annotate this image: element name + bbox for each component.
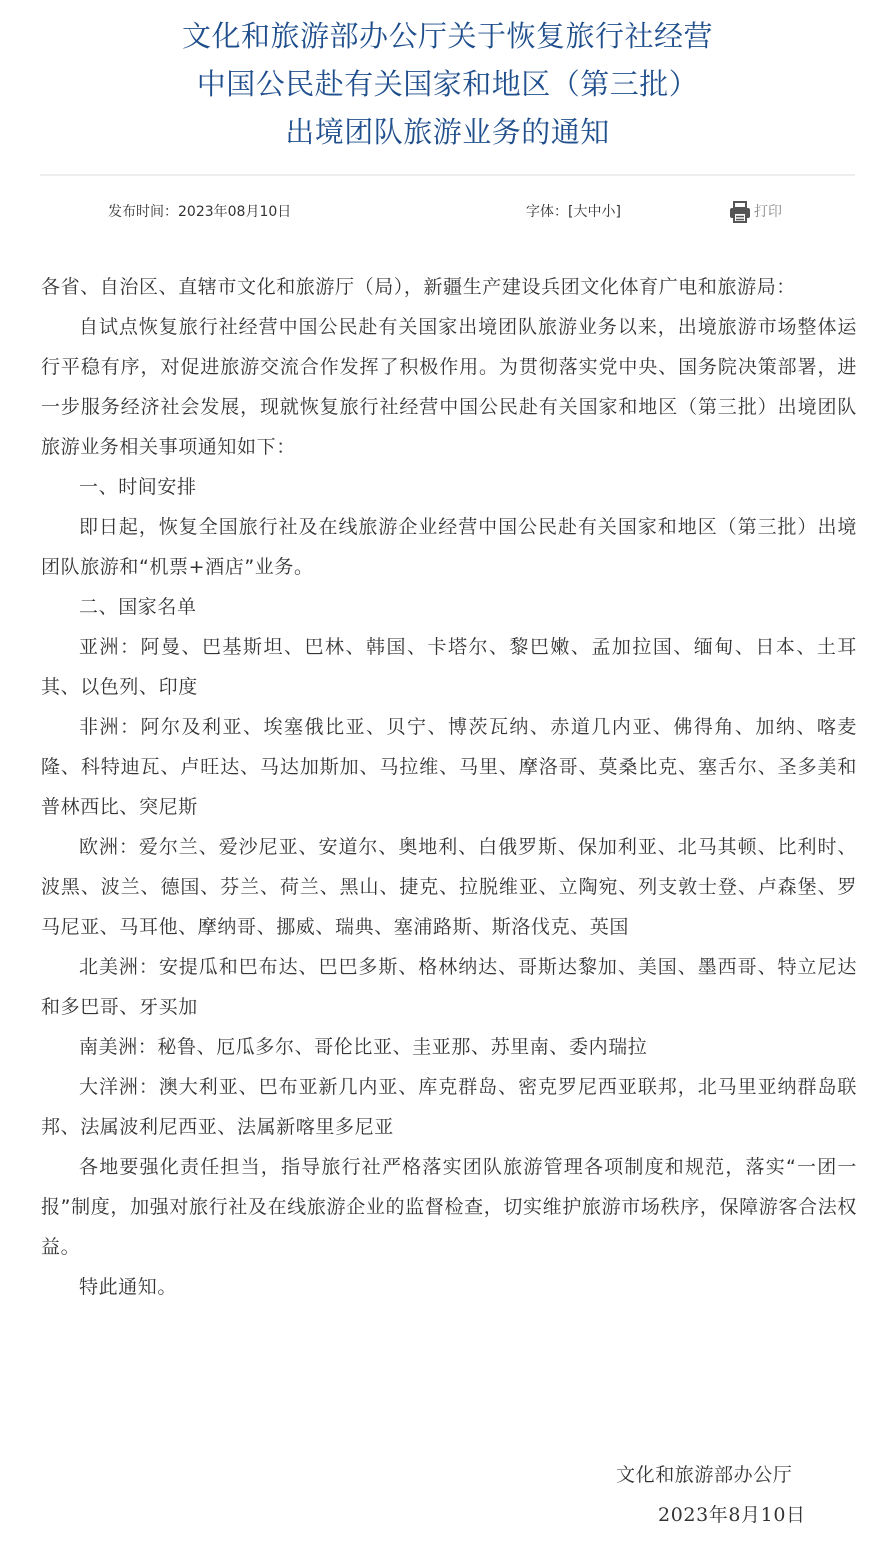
section-1-body: 即日起，恢复全国旅行社及在线旅游企业经营中国公民赴有关国家和地区（第三批）出境团… bbox=[41, 507, 857, 587]
font-size-small-button[interactable]: 小 bbox=[601, 204, 615, 220]
font-size-large-button[interactable]: 大 bbox=[573, 204, 587, 220]
title-divider bbox=[40, 174, 855, 176]
printer-icon bbox=[728, 200, 752, 224]
print-label: 打印 bbox=[754, 198, 782, 226]
salutation: 各省、自治区、直辖市文化和旅游厅（局），新疆生产建设兵团文化体育广电和旅游局： bbox=[41, 267, 857, 307]
article-body: 各省、自治区、直辖市文化和旅游厅（局），新疆生产建设兵团文化体育广电和旅游局： … bbox=[41, 267, 857, 1307]
region-north-america: 北美洲：安提瓜和巴布达、巴巴多斯、格林纳达、哥斯达黎加、美国、墨西哥、特立尼达和… bbox=[41, 947, 857, 1027]
print-button[interactable]: 打印 bbox=[728, 198, 782, 226]
region-africa: 非洲：阿尔及利亚、埃塞俄比亚、贝宁、博茨瓦纳、赤道几内亚、佛得角、加纳、喀麦隆、… bbox=[41, 707, 857, 827]
intro-paragraph: 自试点恢复旅行社经营中国公民赴有关国家出境团队旅游业务以来，出境旅游市场整体运行… bbox=[41, 307, 857, 467]
region-asia: 亚洲：阿曼、巴基斯坦、巴林、韩国、卡塔尔、黎巴嫩、孟加拉国、缅甸、日本、土耳其、… bbox=[41, 627, 857, 707]
ending-line: 特此通知。 bbox=[41, 1267, 857, 1307]
signature-date: 2023年8月10日 bbox=[658, 1495, 806, 1535]
section-1-heading: 一、时间安排 bbox=[41, 467, 857, 507]
section-2-heading: 二、国家名单 bbox=[41, 587, 857, 627]
title-line-2: 中国公民赴有关国家和地区（第三批） bbox=[0, 60, 895, 108]
signature-organization: 文化和旅游部办公厅 bbox=[616, 1455, 792, 1495]
title-line-3: 出境团队旅游业务的通知 bbox=[0, 108, 895, 156]
region-europe: 欧洲：爱尔兰、爱沙尼亚、安道尔、奥地利、白俄罗斯、保加利亚、北马其顿、比利时、波… bbox=[41, 827, 857, 947]
region-south-america: 南美洲：秘鲁、厄瓜多尔、哥伦比亚、圭亚那、苏里南、委内瑞拉 bbox=[41, 1027, 857, 1067]
page-title: 文化和旅游部办公厅关于恢复旅行社经营 中国公民赴有关国家和地区（第三批） 出境团… bbox=[0, 12, 895, 156]
font-bracket-close: ] bbox=[615, 204, 620, 220]
publish-date-value: 2023年08月10日 bbox=[178, 204, 291, 220]
publish-label: 发布时间： bbox=[108, 204, 178, 220]
closing-paragraph: 各地要强化责任担当，指导旅行社严格落实团队旅游管理各项制度和规范，落实“一团一报… bbox=[41, 1147, 857, 1267]
title-line-1: 文化和旅游部办公厅关于恢复旅行社经营 bbox=[0, 12, 895, 60]
font-size-label: 字体： bbox=[526, 204, 568, 220]
publish-date: 发布时间：2023年08月10日 bbox=[108, 198, 291, 226]
font-size-medium-button[interactable]: 中 bbox=[587, 204, 601, 220]
font-size-selector: 字体：[大中小] bbox=[526, 198, 621, 226]
region-oceania: 大洋洲：澳大利亚、巴布亚新几内亚、库克群岛、密克罗尼西亚联邦，北马里亚纳群岛联邦… bbox=[41, 1067, 857, 1147]
